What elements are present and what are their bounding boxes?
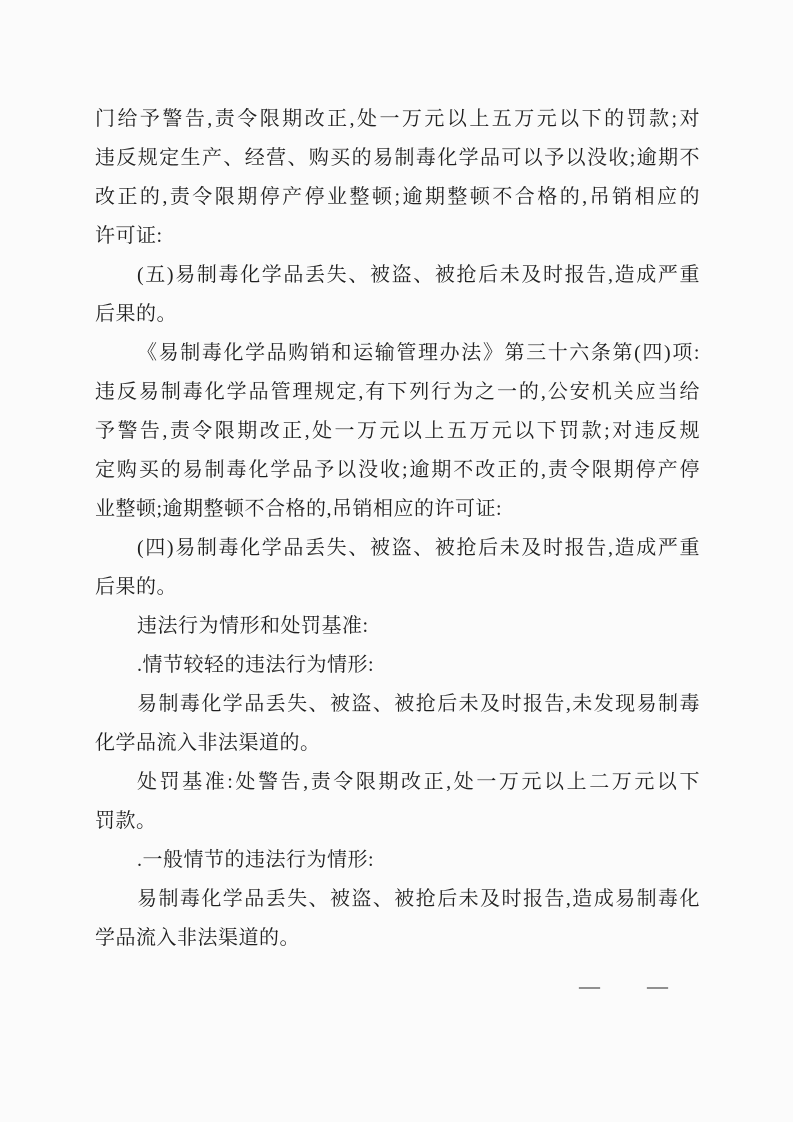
- text-line: 违法行为情形和处罚基准:: [95, 607, 700, 646]
- text-line: 后果的。: [95, 568, 700, 607]
- document-page: 门给予警告,责令限期改正,处一万元以上五万元以下的罚款;对违反规定生产、经营、购…: [0, 0, 793, 1122]
- text-line: .一般情节的违法行为情形:: [95, 841, 700, 880]
- text-line: 易制毒化学品丢失、被盗、被抢后未及时报告,未发现易制毒: [95, 685, 700, 724]
- text-line: 门给予警告,责令限期改正,处一万元以上五万元以下的罚款;对: [95, 100, 700, 139]
- page-dash-right: —: [647, 971, 668, 1001]
- paragraph: 门给予警告,责令限期改正,处一万元以上五万元以下的罚款;对违反规定生产、经营、购…: [95, 100, 700, 256]
- document-body: 门给予警告,责令限期改正,处一万元以上五万元以下的罚款;对违反规定生产、经营、购…: [95, 100, 700, 958]
- text-line: 处罚基准:处警告,责令限期改正,处一万元以上二万元以下: [95, 763, 700, 802]
- text-line: 罚款。: [95, 802, 700, 841]
- text-line: 违反易制毒化学品管理规定,有下列行为之一的,公安机关应当给: [95, 373, 700, 412]
- paragraph: 《易制毒化学品购销和运输管理办法》第三十六条第(四)项:违反易制毒化学品管理规定…: [95, 334, 700, 529]
- text-line: 予警告,责令限期改正,处一万元以上五万元以下罚款;对违反规: [95, 412, 700, 451]
- paragraph: 违法行为情形和处罚基准:: [95, 607, 700, 646]
- text-line: 易制毒化学品丢失、被盗、被抢后未及时报告,造成易制毒化: [95, 880, 700, 919]
- text-line: 《易制毒化学品购销和运输管理办法》第三十六条第(四)项:: [95, 334, 700, 373]
- paragraph: .情节较轻的违法行为情形:: [95, 646, 700, 685]
- text-line: 业整顿;逾期整顿不合格的,吊销相应的许可证:: [95, 490, 700, 529]
- page-number-footer: — —: [579, 971, 668, 1001]
- paragraph: 处罚基准:处警告,责令限期改正,处一万元以上二万元以下罚款。: [95, 763, 700, 841]
- text-line: 改正的,责令限期停产停业整顿;逾期整顿不合格的,吊销相应的: [95, 178, 700, 217]
- text-line: 许可证:: [95, 217, 700, 256]
- paragraph: 易制毒化学品丢失、被盗、被抢后未及时报告,造成易制毒化学品流入非法渠道的。: [95, 880, 700, 958]
- paragraph: (五)易制毒化学品丢失、被盗、被抢后未及时报告,造成严重后果的。: [95, 256, 700, 334]
- text-line: .情节较轻的违法行为情形:: [95, 646, 700, 685]
- paragraph: .一般情节的违法行为情形:: [95, 841, 700, 880]
- paragraph: (四)易制毒化学品丢失、被盗、被抢后未及时报告,造成严重后果的。: [95, 529, 700, 607]
- text-line: 定购买的易制毒化学品予以没收;逾期不改正的,责令限期停产停: [95, 451, 700, 490]
- text-line: (五)易制毒化学品丢失、被盗、被抢后未及时报告,造成严重: [95, 256, 700, 295]
- page-dash-left: —: [579, 971, 600, 1001]
- paragraph: 易制毒化学品丢失、被盗、被抢后未及时报告,未发现易制毒化学品流入非法渠道的。: [95, 685, 700, 763]
- text-line: (四)易制毒化学品丢失、被盗、被抢后未及时报告,造成严重: [95, 529, 700, 568]
- text-line: 后果的。: [95, 295, 700, 334]
- text-line: 学品流入非法渠道的。: [95, 919, 700, 958]
- text-line: 化学品流入非法渠道的。: [95, 724, 700, 763]
- text-line: 违反规定生产、经营、购买的易制毒化学品可以予以没收;逾期不: [95, 139, 700, 178]
